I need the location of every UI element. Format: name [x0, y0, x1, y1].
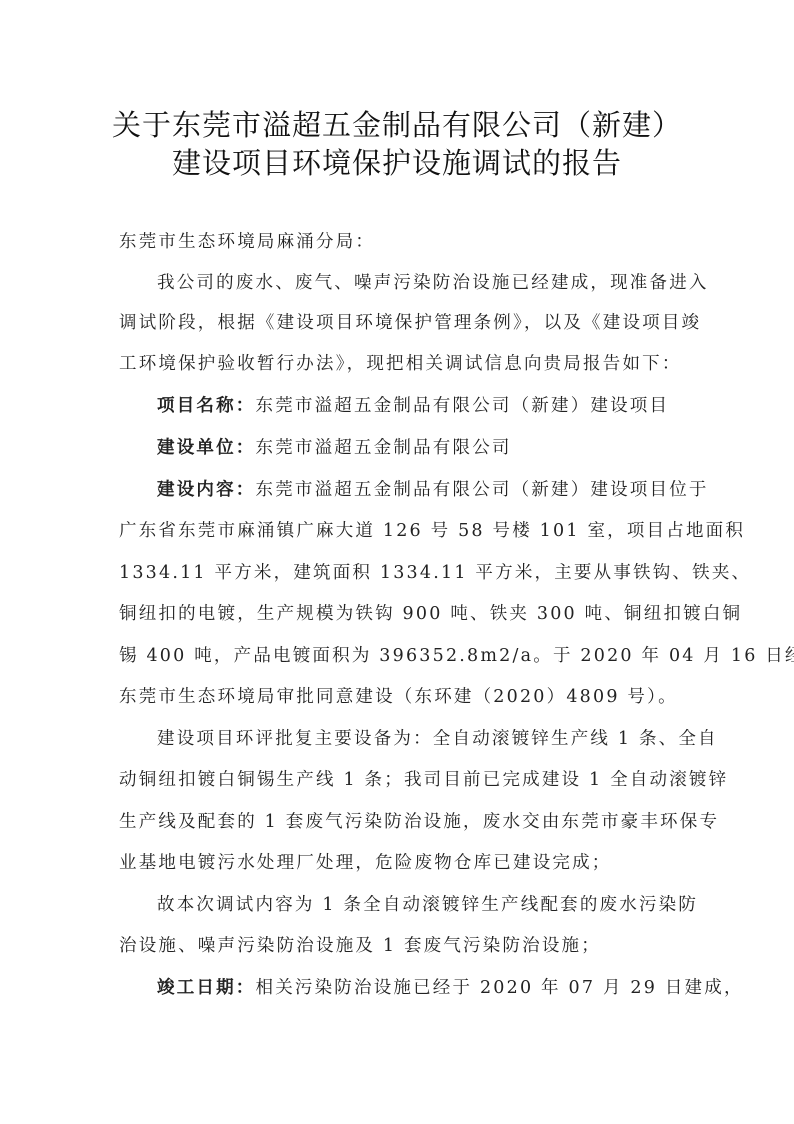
project-name-row: 项目名称：东莞市溢超五金制品有限公司（新建）建设项目: [157, 394, 717, 418]
intro-line-3: 工环境保护验收暂行办法》，现把相关调试信息向贵局报告如下：: [119, 352, 679, 376]
equipment-line-3: 生产线及配套的 1 套废气污染防治设施，废水交由东莞市豪丰环保专: [119, 810, 679, 834]
construction-content-line-3: 1334.11 平方米，建筑面积 1334.11 平方米，主要从事铁钩、铁夹、: [119, 561, 679, 585]
addressee: 东莞市生态环境局麻涌分局：: [119, 230, 679, 254]
construction-content-line-2: 广东省东莞市麻涌镇广麻大道 126 号 58 号楼 101 室，项目占地面积: [119, 519, 679, 543]
project-name-value: 东莞市溢超五金制品有限公司（新建）建设项目: [256, 396, 670, 416]
equipment-line-4: 业基地电镀污水处理厂处理，危险废物仓库已建设完成；: [119, 851, 679, 875]
completion-date-label: 竣工日期：: [157, 978, 256, 998]
document-title-line-1: 关于东莞市溢超五金制品有限公司（新建）: [0, 103, 794, 144]
construction-content-label: 建设内容：: [157, 480, 256, 500]
debug-scope-line-1: 故本次调试内容为 1 条全自动滚镀锌生产线配套的废水污染防: [157, 893, 717, 917]
completion-date-row: 竣工日期：相关污染防治设施已经于 2020 年 07 月 29 日建成，: [157, 976, 717, 1000]
completion-date-value: 相关污染防治设施已经于 2020 年 07 月 29 日建成，: [256, 978, 744, 998]
equipment-line-1: 建设项目环评批复主要设备为：全自动滚镀锌生产线 1 条、全自: [157, 727, 717, 751]
equipment-line-2: 动铜纽扣镀白铜锡生产线 1 条；我司目前已完成建设 1 全自动滚镀锌: [119, 768, 679, 792]
construction-unit-label: 建设单位：: [157, 438, 256, 458]
construction-content-line-1: 东莞市溢超五金制品有限公司（新建）建设项目位于: [256, 480, 709, 500]
document-title-line-2: 建设项目环境保护设施调试的报告: [0, 141, 794, 182]
construction-content-row: 建设内容：东莞市溢超五金制品有限公司（新建）建设项目位于: [157, 478, 717, 502]
intro-line-2: 调试阶段，根据《建设项目环境保护管理条例》，以及《建设项目竣: [119, 311, 679, 335]
project-name-label: 项目名称：: [157, 396, 256, 416]
debug-scope-line-2: 治设施、噪声污染防治设施及 1 套废气污染防治设施；: [119, 934, 679, 958]
intro-line-1: 我公司的废水、废气、噪声污染防治设施已经建成，现准备进入: [157, 271, 717, 295]
construction-unit-row: 建设单位：东莞市溢超五金制品有限公司: [157, 436, 717, 460]
construction-unit-value: 东莞市溢超五金制品有限公司: [256, 438, 512, 458]
construction-content-line-4: 铜纽扣的电镀，生产规模为铁钩 900 吨、铁夹 300 吨、铜纽扣镀白铜: [119, 602, 679, 626]
document-page: 关于东莞市溢超五金制品有限公司（新建） 建设项目环境保护设施调试的报告 东莞市生…: [0, 0, 794, 1124]
construction-content-line-6: 东莞市生态环境局审批同意建设（东环建（2020）4809 号）。: [119, 685, 679, 709]
construction-content-line-5: 锡 400 吨，产品电镀面积为 396352.8m2/a。于 2020 年 04…: [119, 644, 679, 668]
